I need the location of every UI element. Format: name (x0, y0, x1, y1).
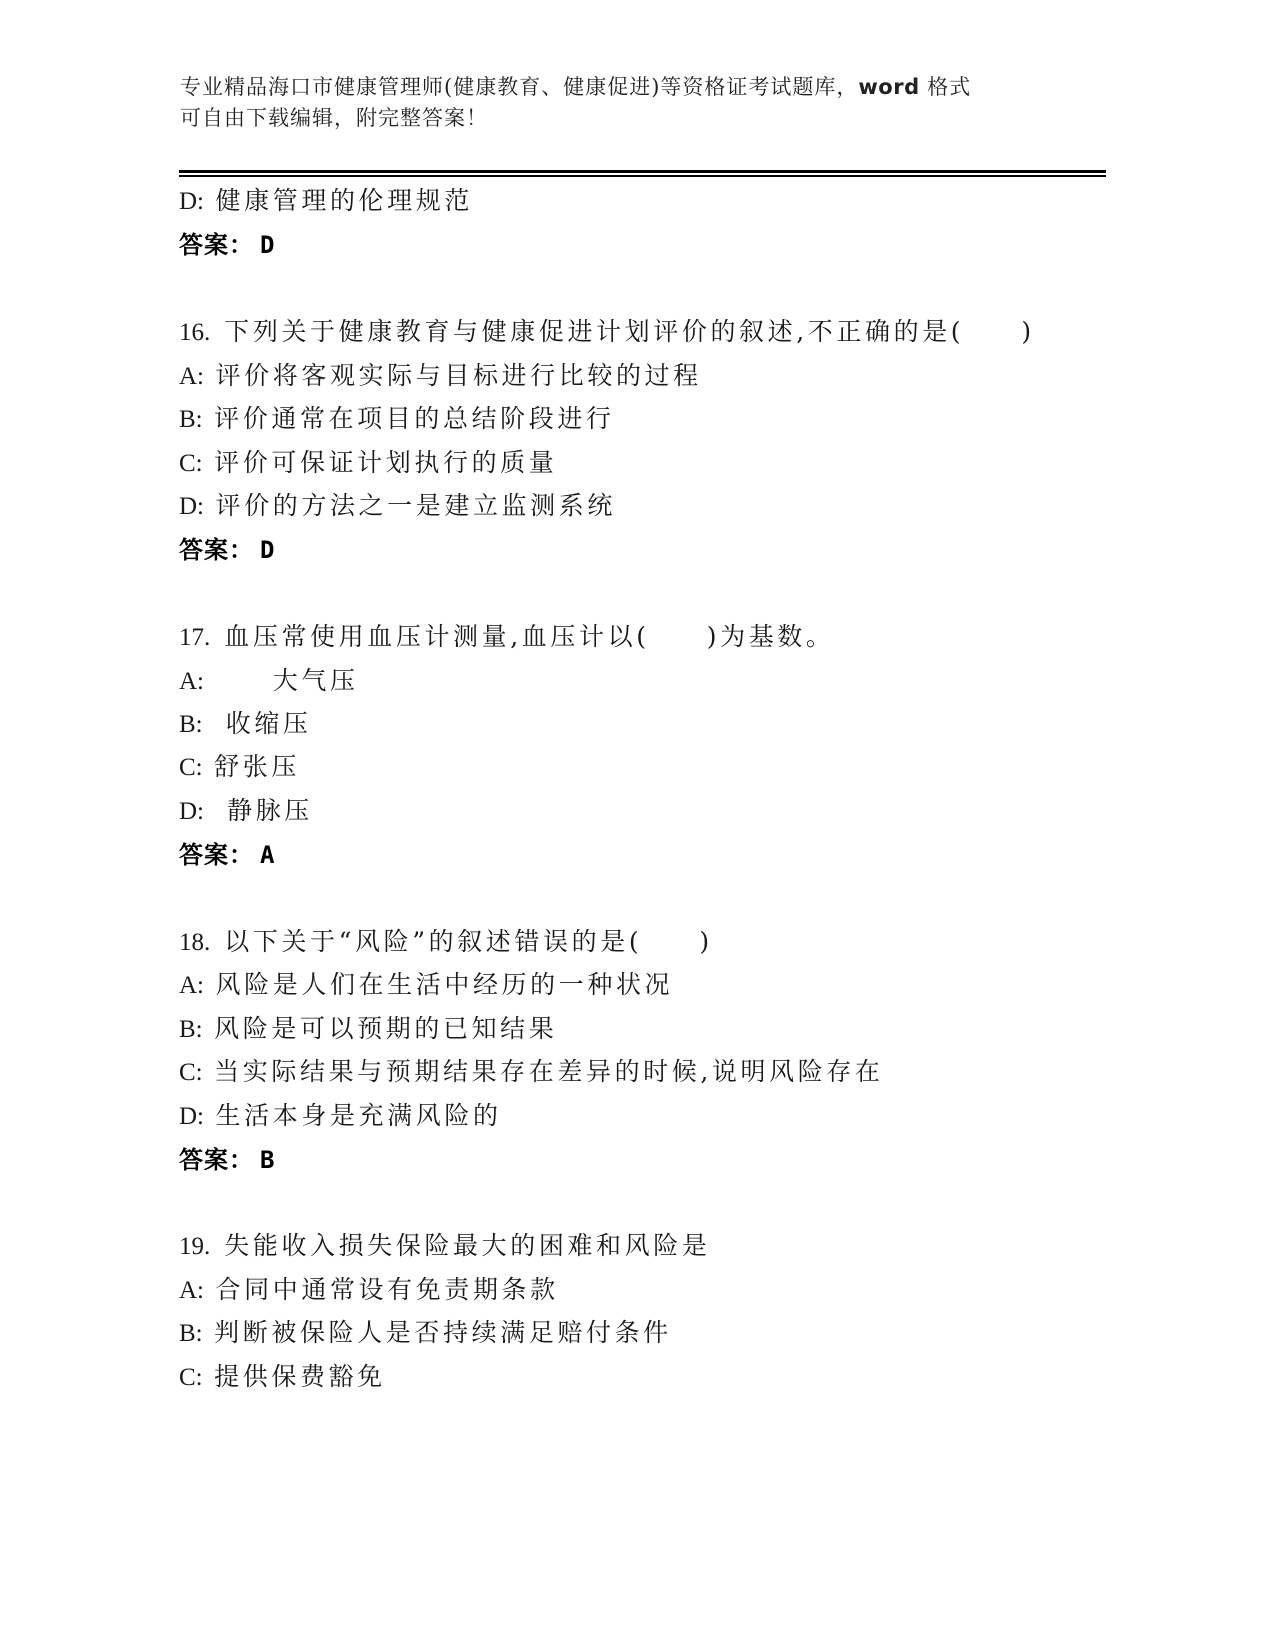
header-line-1: 专业精品海口市健康管理师(健康教育、健康促进)等资格证考试题库，word 格式 (180, 72, 1060, 103)
answer-label: 答案： (179, 841, 254, 869)
question-19: 19.失能收入损失保险最大的困难和风险是 (179, 1231, 710, 1262)
header-format-word: word (858, 75, 919, 99)
answer-carryover: 答案：D (179, 230, 275, 260)
option-label: B: (179, 710, 203, 740)
answer-value: D (260, 536, 275, 564)
option-text: 风险是人们在生活中经历的一种状况 (216, 970, 674, 999)
option-text: 合同中通常设有免责期条款 (216, 1275, 559, 1304)
option-label: D: (179, 797, 204, 827)
page-header: 专业精品海口市健康管理师(健康教育、健康促进)等资格证考试题库，word 格式 … (180, 72, 1060, 134)
option-text: 评价将客观实际与目标进行比较的过程 (216, 361, 702, 390)
option-text: 健康管理的伦理规范 (216, 186, 473, 215)
question-19-option-b: B: 判断被保险人是否持续满足赔付条件 (179, 1318, 672, 1349)
header-title-text: 专业精品海口市健康管理师(健康教育、健康促进)等资格证考试题库， (180, 75, 858, 99)
question-number: 19. (179, 1233, 210, 1260)
answer-label: 答案： (179, 1146, 254, 1174)
question-number: 17. (179, 624, 210, 651)
question-16-option-b: B: 评价通常在项目的总结阶段进行 (179, 404, 615, 435)
question-17-option-a: A: 大气压 (179, 666, 359, 697)
question-17-option-c: C: 舒张压 (179, 752, 300, 783)
option-text: 评价的方法之一是建立监测系统 (216, 491, 616, 520)
question-text: 失能收入损失保险最大的困难和风险是 (224, 1231, 710, 1260)
question-16-answer: 答案：D (179, 535, 275, 565)
question-17-option-b: B: 收缩压 (179, 709, 312, 740)
question-number: 16. (179, 319, 210, 346)
question-17-answer: 答案：A (179, 840, 275, 870)
option-label: B: (179, 405, 203, 435)
answer-value: B (260, 1146, 275, 1174)
question-18-option-a: A: 风险是人们在生活中经历的一种状况 (179, 970, 673, 1001)
option-text: 舒张压 (214, 752, 300, 781)
option-label: A: (179, 971, 204, 1001)
option-text: 静脉压 (216, 796, 313, 825)
question-number: 18. (179, 929, 210, 956)
question-17-option-d: D: 静脉压 (179, 796, 313, 827)
option-label: D: (179, 1102, 204, 1132)
question-19-option-c: C: 提供保费豁免 (179, 1362, 386, 1393)
question-17: 17.血压常使用血压计测量,血压计以( )为基数。 (179, 622, 835, 653)
option-label: D: (179, 492, 204, 522)
option-label: A: (179, 1276, 204, 1306)
option-label: C: (179, 1058, 203, 1088)
question-18-option-b: B: 风险是可以预期的已知结果 (179, 1014, 557, 1045)
option-label: A: (179, 362, 204, 392)
header-line-2: 可自由下载编辑，附完整答案！ (180, 103, 1060, 134)
option-label: C: (179, 1363, 203, 1393)
question-18-answer: 答案：B (179, 1145, 275, 1175)
answer-value: A (260, 841, 275, 869)
option-label: B: (179, 1015, 203, 1045)
answer-label: 答案： (179, 536, 254, 564)
option-label: B: (179, 1319, 203, 1349)
question-text: 以下关于“风险”的叙述错误的是( ) (224, 927, 712, 956)
option-d-carryover: D: 健康管理的伦理规范 (179, 186, 473, 217)
option-label: D: (179, 187, 204, 217)
question-16-option-c: C: 评价可保证计划执行的质量 (179, 448, 557, 479)
option-text: 判断被保险人是否持续满足赔付条件 (214, 1318, 672, 1347)
option-text: 评价可保证计划执行的质量 (214, 448, 557, 477)
option-label: C: (179, 449, 203, 479)
header-rule-thin (179, 175, 1106, 177)
question-16-option-d: D: 评价的方法之一是建立监测系统 (179, 491, 616, 522)
question-18-option-c: C: 当实际结果与预期结果存在差异的时候,说明风险存在 (179, 1057, 884, 1088)
document-page: 专业精品海口市健康管理师(健康教育、健康促进)等资格证考试题库，word 格式 … (0, 0, 1275, 1650)
option-text: 当实际结果与预期结果存在差异的时候,说明风险存在 (214, 1057, 883, 1086)
option-label: A: (179, 667, 204, 697)
option-text: 评价通常在项目的总结阶段进行 (214, 404, 614, 433)
option-text: 生活本身是充满风险的 (216, 1101, 502, 1130)
option-text: 提供保费豁免 (214, 1362, 386, 1391)
question-text: 血压常使用血压计测量,血压计以( )为基数。 (224, 622, 834, 651)
option-label: C: (179, 753, 203, 783)
question-19-option-a: A: 合同中通常设有免责期条款 (179, 1275, 559, 1306)
answer-value: D (260, 231, 275, 259)
question-16-option-a: A: 评价将客观实际与目标进行比较的过程 (179, 361, 702, 392)
option-text: 风险是可以预期的已知结果 (214, 1014, 557, 1043)
question-16: 16.下列关于健康教育与健康促进计划评价的叙述,不正确的是( ) (179, 317, 1035, 348)
header-rule-thick (179, 170, 1106, 173)
question-18-option-d: D: 生活本身是充满风险的 (179, 1101, 502, 1132)
question-text: 下列关于健康教育与健康促进计划评价的叙述,不正确的是( ) (224, 317, 1034, 346)
header-format-suffix: 格式 (920, 75, 972, 99)
option-text: 大气压 (216, 666, 359, 695)
question-18: 18.以下关于“风险”的叙述错误的是( ) (179, 927, 713, 958)
option-text: 收缩压 (214, 709, 311, 738)
answer-label: 答案： (179, 231, 254, 259)
